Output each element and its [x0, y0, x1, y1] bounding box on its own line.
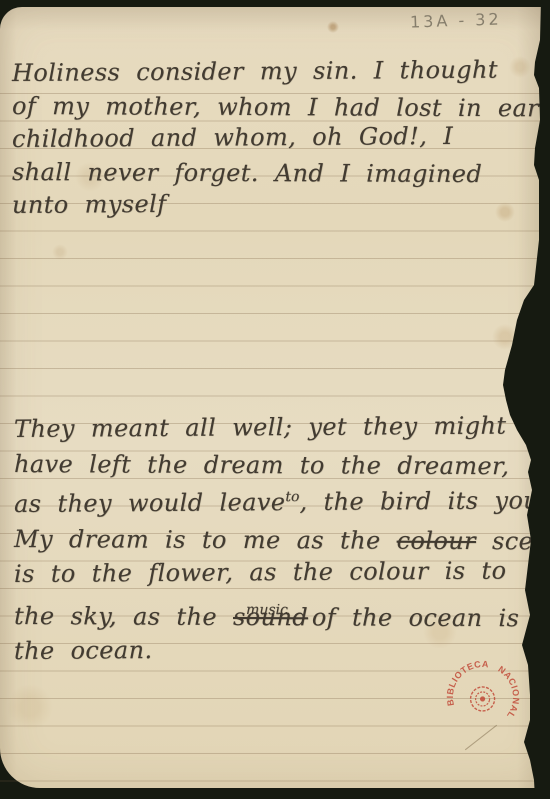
handwritten-line: is to the flower, as the colour is to — [14, 553, 550, 592]
handwriting-text: as they would leave — [14, 488, 286, 518]
handwriting-text: shall never forget. And I imagined — [12, 158, 482, 188]
handwriting-text: Holiness consider my sin. I thought — [12, 56, 498, 87]
struck-word: colour — [397, 527, 476, 555]
handwritten-line: as they would leaveto, the bird its youn… — [14, 478, 550, 522]
manuscript-page: 13A - 32 Holiness consider my sin. I tho… — [0, 7, 550, 788]
stamp-emblem-core — [480, 696, 486, 702]
inserted-word: to — [285, 489, 299, 505]
handwriting-text: My dream is to me as the — [14, 525, 397, 555]
catalog-number: 13A - 32 — [410, 9, 502, 31]
handwritten-line: unto myself — [12, 185, 550, 222]
handwritten-line: They meant all well; yet they might — [14, 408, 550, 447]
stamp-text-biblioteca: BIBLIOTECA — [443, 657, 491, 714]
handwriting-text: have left the dream to the dreamer, — [14, 450, 509, 480]
handwriting-text: of my mother, whom I had lost in early — [12, 92, 550, 122]
handwriting-text: They meant all well; yet they might — [14, 412, 507, 443]
handwritten-line: Holiness consider my sin. I thought — [12, 53, 550, 90]
paragraph-first: Holiness consider my sin. I thoughtof my… — [12, 57, 550, 222]
handwritten-line: childhood and whom, oh God!, I — [12, 119, 550, 156]
paragraph-second: They meant all well; yet they mighthave … — [14, 412, 550, 669]
handwriting-text: the ocean. — [14, 636, 153, 665]
handwriting-text: the sky, as the — [14, 602, 233, 631]
handwriting-text: childhood and whom, oh God!, I — [12, 122, 453, 153]
inserted-word: music — [246, 593, 288, 628]
handwritten-line: the sky, as the soundmusic of the ocean … — [14, 592, 550, 636]
torn-edge — [490, 0, 550, 799]
handwriting-text: is to the flower, as the colour is to — [14, 557, 507, 588]
photo-background: 13A - 32 Holiness consider my sin. I tho… — [0, 0, 550, 799]
handwriting-text: unto myself — [12, 190, 167, 219]
